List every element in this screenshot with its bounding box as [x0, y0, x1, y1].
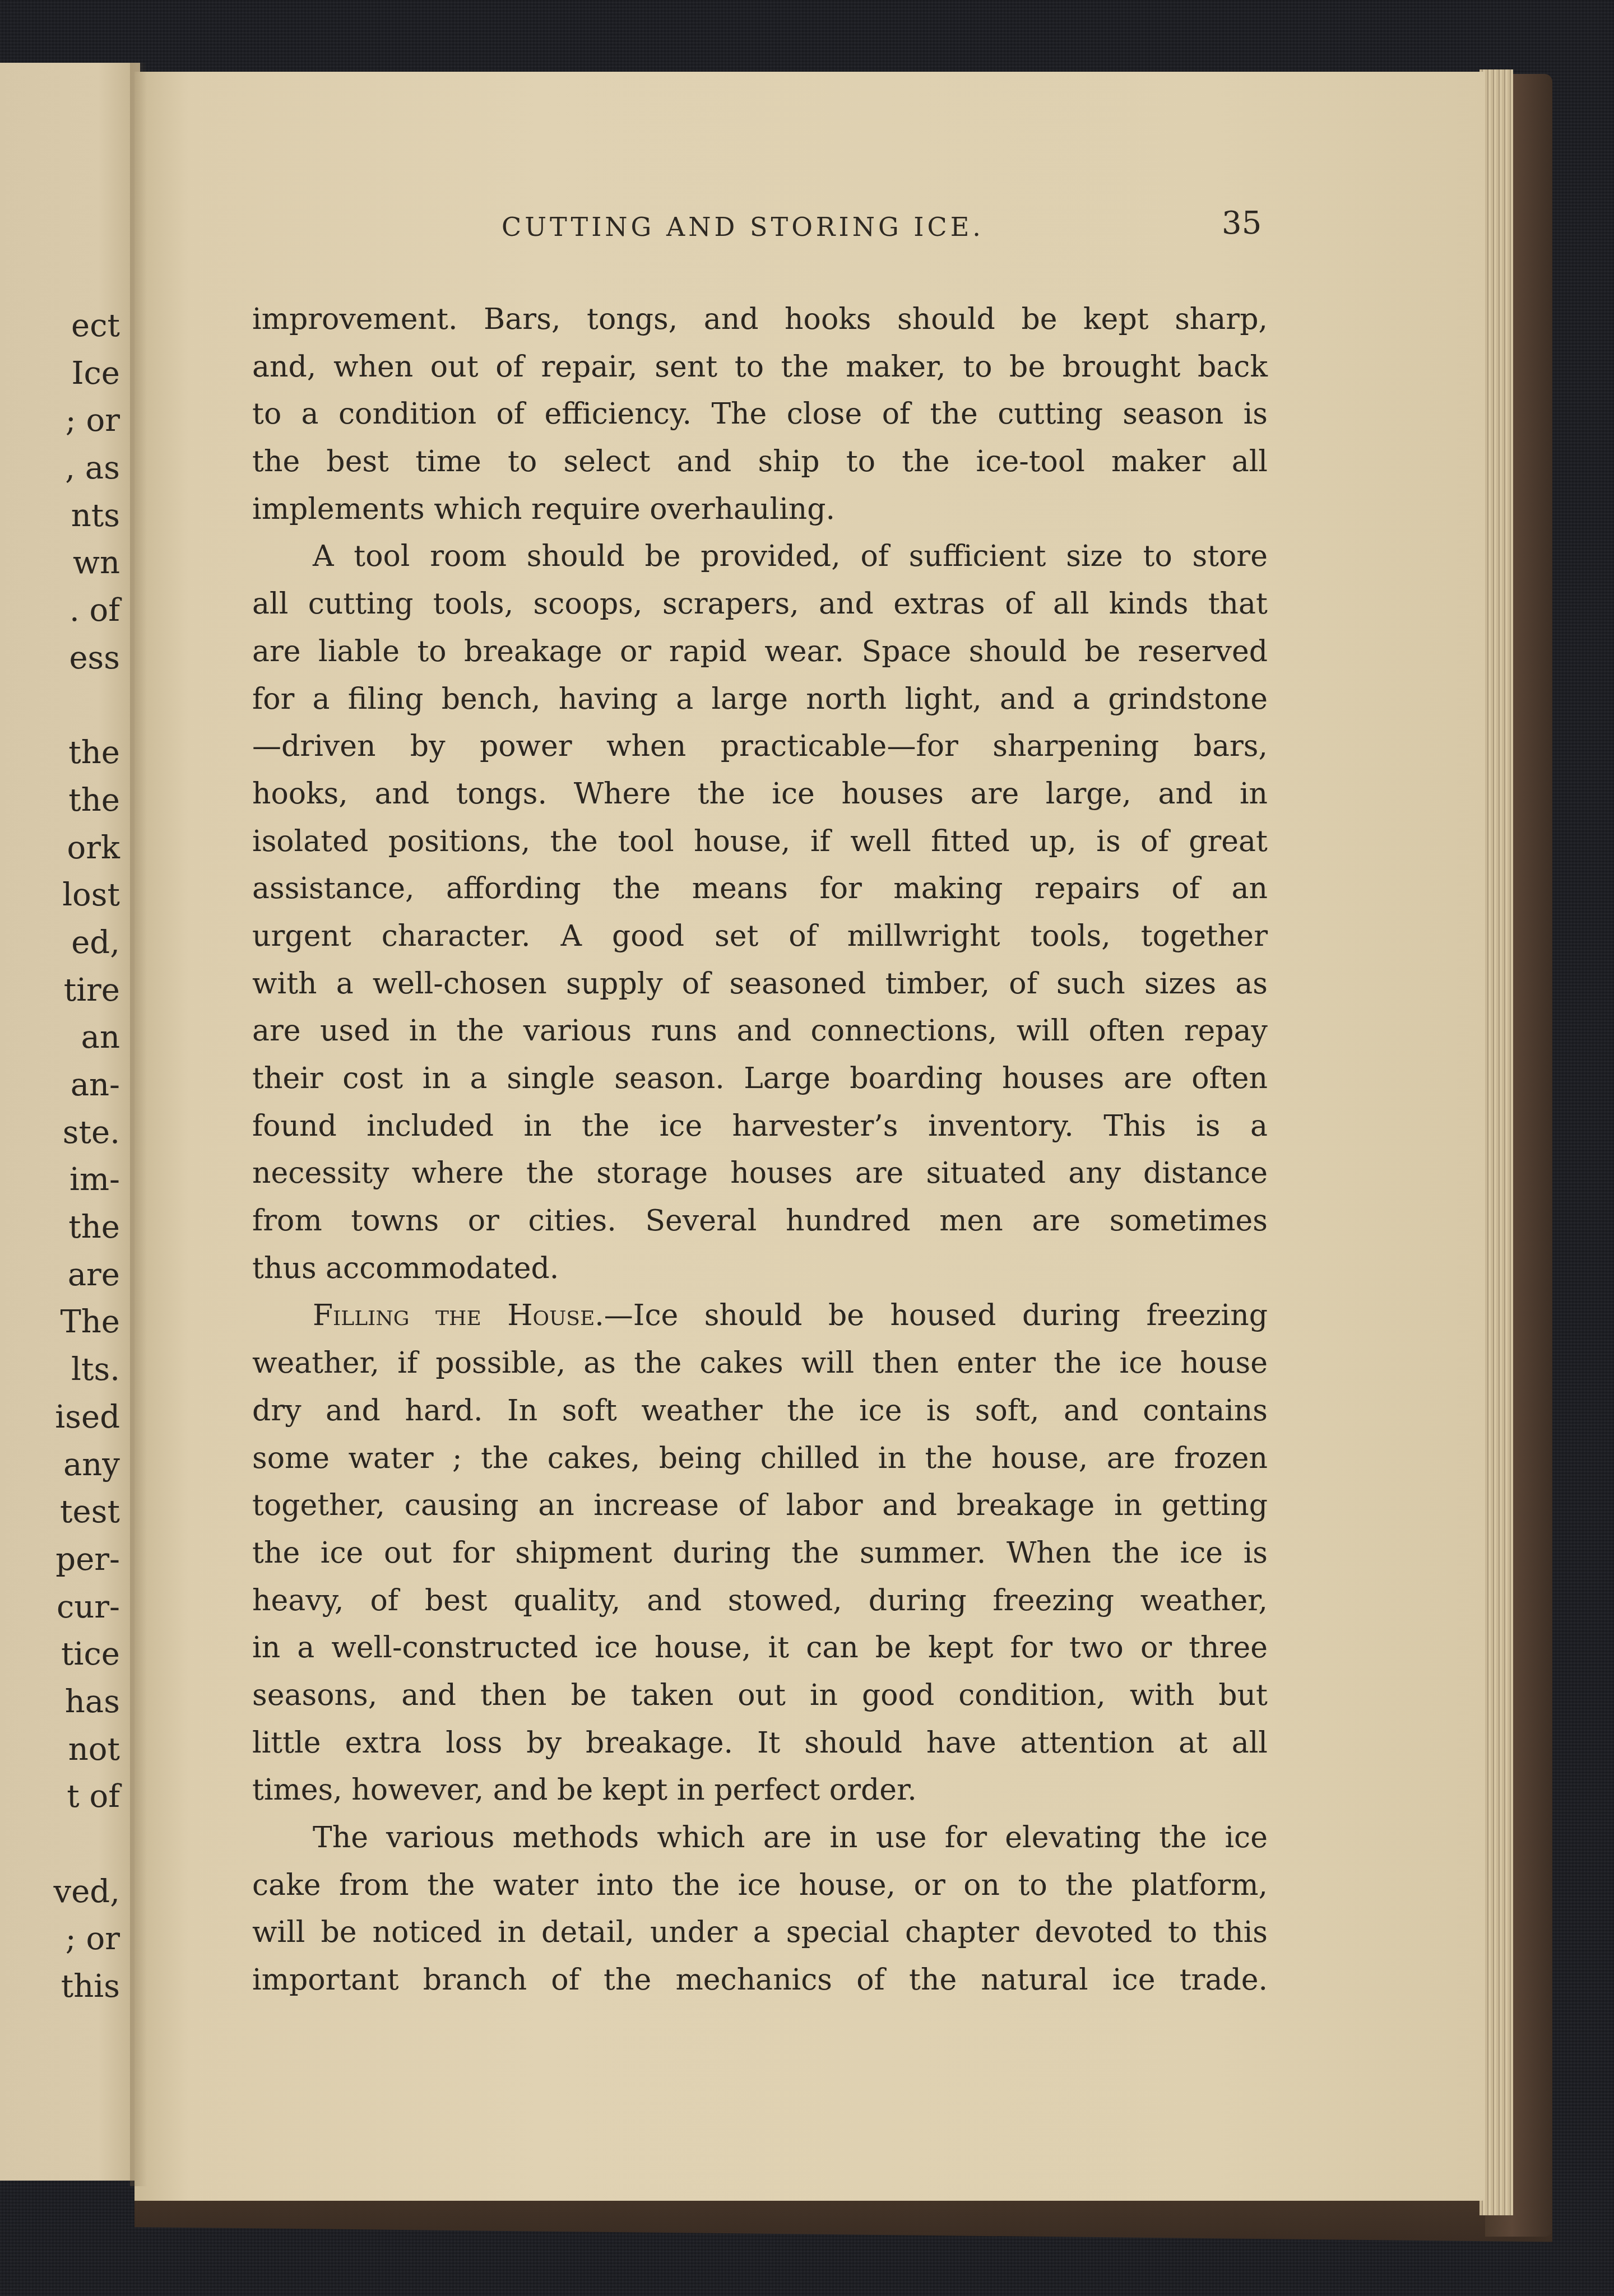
text-line-content: to a condition of efficiency. The close … — [252, 397, 1268, 431]
text-line-content: some water ; the cakes, being chilled in… — [252, 1442, 1268, 1475]
text-line-content: are liable to breakage or rapid wear. Sp… — [252, 635, 1268, 668]
left-page-line: has — [0, 1679, 134, 1726]
text-line: dry and hard. In soft weather the ice is… — [252, 1387, 1268, 1435]
left-page-line: t of — [0, 1773, 134, 1821]
text-line: improvement. Bars, tongs, and hooks shou… — [252, 296, 1268, 343]
text-line: little extra loss by breakage. It should… — [252, 1719, 1268, 1767]
left-page-line: the — [0, 777, 134, 825]
running-head: CUTTING AND STORING ICE. 35 — [0, 202, 1614, 252]
text-line: cake from the water into the ice house, … — [252, 1862, 1268, 1909]
text-line: all cutting tools, scoops, scrapers, and… — [252, 580, 1268, 628]
text-line: A tool room should be provided, of suffi… — [252, 533, 1268, 580]
left-page-line: this — [0, 1963, 134, 2011]
text-line: in a well-constructed ice house, it can … — [252, 1624, 1268, 1672]
text-line: The various methods which are in use for… — [252, 1814, 1268, 1862]
text-line: their cost in a single season. Large boa… — [252, 1055, 1268, 1103]
text-line: heavy, of best quality, and stowed, duri… — [252, 1577, 1268, 1625]
text-line: some water ; the cakes, being chilled in… — [252, 1435, 1268, 1482]
text-line: for a filing bench, having a large north… — [252, 676, 1268, 723]
text-line: necessity where the storage houses are s… — [252, 1150, 1268, 1197]
left-page-line: . of — [0, 587, 134, 635]
text-line-content: are used in the various runs and connect… — [252, 1014, 1268, 1048]
body-text: improvement. Bars, tongs, and hooks shou… — [252, 296, 1268, 2004]
text-line-content: important branch of the mechanics of the… — [252, 1963, 1268, 1997]
text-line: found included in the ice harvester’s in… — [252, 1103, 1268, 1150]
left-page-line: tire — [0, 967, 134, 1015]
text-line: are used in the various runs and connect… — [252, 1007, 1268, 1055]
text-line-content: necessity where the storage houses are s… — [252, 1156, 1268, 1190]
left-page-line: ised — [0, 1394, 134, 1442]
text-line-content: together, causing an increase of labor a… — [252, 1489, 1268, 1522]
text-line-content: isolated positions, the tool house, if w… — [252, 825, 1268, 858]
left-page-line: The — [0, 1299, 134, 1346]
left-page-line: nts — [0, 492, 134, 540]
left-page-line: ect — [0, 303, 134, 350]
left-page-line: ork — [0, 825, 134, 872]
text-line-content: all cutting tools, scoops, scrapers, and… — [252, 587, 1268, 621]
text-line: are liable to breakage or rapid wear. Sp… — [252, 628, 1268, 676]
left-page-line: test — [0, 1489, 134, 1536]
left-page-line: cur- — [0, 1584, 134, 1632]
text-line-content: found included in the ice harvester’s in… — [252, 1109, 1268, 1143]
text-line-content: improvement. Bars, tongs, and hooks shou… — [252, 303, 1268, 336]
left-page-line — [0, 1821, 134, 1869]
left-page-line: tice — [0, 1631, 134, 1679]
left-page-line: not — [0, 1726, 134, 1774]
text-line-content: The various methods which are in use for… — [313, 1821, 1268, 1855]
text-line-content: assistance, affording the means for maki… — [252, 872, 1268, 905]
text-line-content: and, when out of repair, sent to the mak… — [252, 350, 1268, 384]
left-page-line: per- — [0, 1536, 134, 1584]
text-line-content: heavy, of best quality, and stowed, duri… — [252, 1584, 1268, 1618]
text-line: to a condition of efficiency. The close … — [252, 391, 1268, 438]
text-line: with a well-chosen supply of seasoned ti… — [252, 960, 1268, 1008]
left-page-line: lost — [0, 872, 134, 919]
text-line-content: weather, if possible, as the cakes will … — [252, 1346, 1268, 1380]
text-line: implements which require overhauling. — [252, 486, 1268, 533]
left-page-line: im- — [0, 1156, 134, 1204]
left-page-line: are — [0, 1252, 134, 1299]
text-line-content: from towns or cities. Several hundred me… — [252, 1204, 1268, 1238]
left-page-line: the — [0, 729, 134, 777]
left-page-line: ed, — [0, 919, 134, 967]
left-page-line: an — [0, 1014, 134, 1062]
text-line-content: hooks, and tongs. Where the ice houses a… — [252, 777, 1268, 811]
text-line-content: with a well-chosen supply of seasoned ti… — [252, 967, 1268, 1001]
text-line-content: implements which require overhauling. — [252, 492, 835, 526]
text-line-content: A tool room should be provided, of suffi… — [313, 540, 1268, 573]
left-page-line: wn — [0, 540, 134, 587]
left-page-line: ess — [0, 635, 134, 682]
text-line: times, however, and be kept in perfect o… — [252, 1767, 1268, 1814]
text-line: the best time to select and ship to the … — [252, 438, 1268, 486]
text-line-content: little extra loss by breakage. It should… — [252, 1726, 1268, 1760]
text-line-content: thus accommodated. — [252, 1252, 559, 1285]
section-heading-inline: Filling the House. — [313, 1299, 604, 1332]
left-page-line: lts. — [0, 1346, 134, 1394]
text-line: isolated positions, the tool house, if w… — [252, 818, 1268, 866]
left-page-line: ste. — [0, 1109, 134, 1157]
text-line: urgent character. A good set of millwrig… — [252, 913, 1268, 960]
text-line-content: seasons, and then be taken out in good c… — [252, 1679, 1268, 1712]
left-page-line — [0, 682, 134, 730]
text-line-content: for a filing bench, having a large north… — [252, 682, 1268, 716]
text-line: and, when out of repair, sent to the mak… — [252, 343, 1268, 391]
text-line-content: the best time to select and ship to the … — [252, 445, 1268, 478]
left-page-line: ved, — [0, 1869, 134, 1916]
left-page-line: ; or — [0, 397, 134, 445]
text-line-content: in a well-constructed ice house, it can … — [252, 1631, 1268, 1665]
text-line: Filling the House.—Ice should be housed … — [252, 1292, 1268, 1340]
text-line-content: cake from the water into the ice house, … — [252, 1869, 1268, 1902]
running-title: CUTTING AND STORING ICE. — [502, 212, 984, 242]
text-line: seasons, and then be taken out in good c… — [252, 1672, 1268, 1719]
left-page-line: an- — [0, 1062, 134, 1109]
text-line-content: times, however, and be kept in perfect o… — [252, 1773, 917, 1807]
left-page: ectIce; or, asntswn. ofessthetheorkloste… — [0, 63, 140, 2181]
text-line-content: dry and hard. In soft weather the ice is… — [252, 1394, 1268, 1428]
text-line-content: the ice out for shipment during the summ… — [252, 1536, 1268, 1570]
text-line-content: will be noticed in detail, under a speci… — [252, 1916, 1268, 1949]
text-line-content: —Ice should be housed during freezing — [604, 1299, 1268, 1332]
left-page-line: any — [0, 1442, 134, 1489]
left-page-line: Ice — [0, 350, 134, 398]
text-line-content: —driven by power when practicable—for sh… — [252, 729, 1268, 763]
left-page-line: , as — [0, 445, 134, 492]
text-line: will be noticed in detail, under a speci… — [252, 1909, 1268, 1956]
left-page-text-fragments: ectIce; or, asntswn. ofessthetheorkloste… — [0, 303, 134, 2011]
text-line: thus accommodated. — [252, 1245, 1268, 1293]
text-line: important branch of the mechanics of the… — [252, 1956, 1268, 2004]
text-line: hooks, and tongs. Where the ice houses a… — [252, 770, 1268, 818]
text-line-content: their cost in a single season. Large boa… — [252, 1062, 1268, 1095]
text-line-content: urgent character. A good set of millwrig… — [252, 919, 1268, 953]
text-line: the ice out for shipment during the summ… — [252, 1530, 1268, 1577]
text-line: assistance, affording the means for maki… — [252, 865, 1268, 913]
left-page-line: ; or — [0, 1916, 134, 1963]
page-number: 35 — [1222, 205, 1261, 241]
gutter-shadow — [130, 63, 147, 2186]
text-line: from towns or cities. Several hundred me… — [252, 1197, 1268, 1245]
text-line: —driven by power when practicable—for sh… — [252, 723, 1268, 770]
text-line: weather, if possible, as the cakes will … — [252, 1340, 1268, 1387]
text-line: together, causing an increase of labor a… — [252, 1482, 1268, 1530]
left-page-line: the — [0, 1204, 134, 1252]
